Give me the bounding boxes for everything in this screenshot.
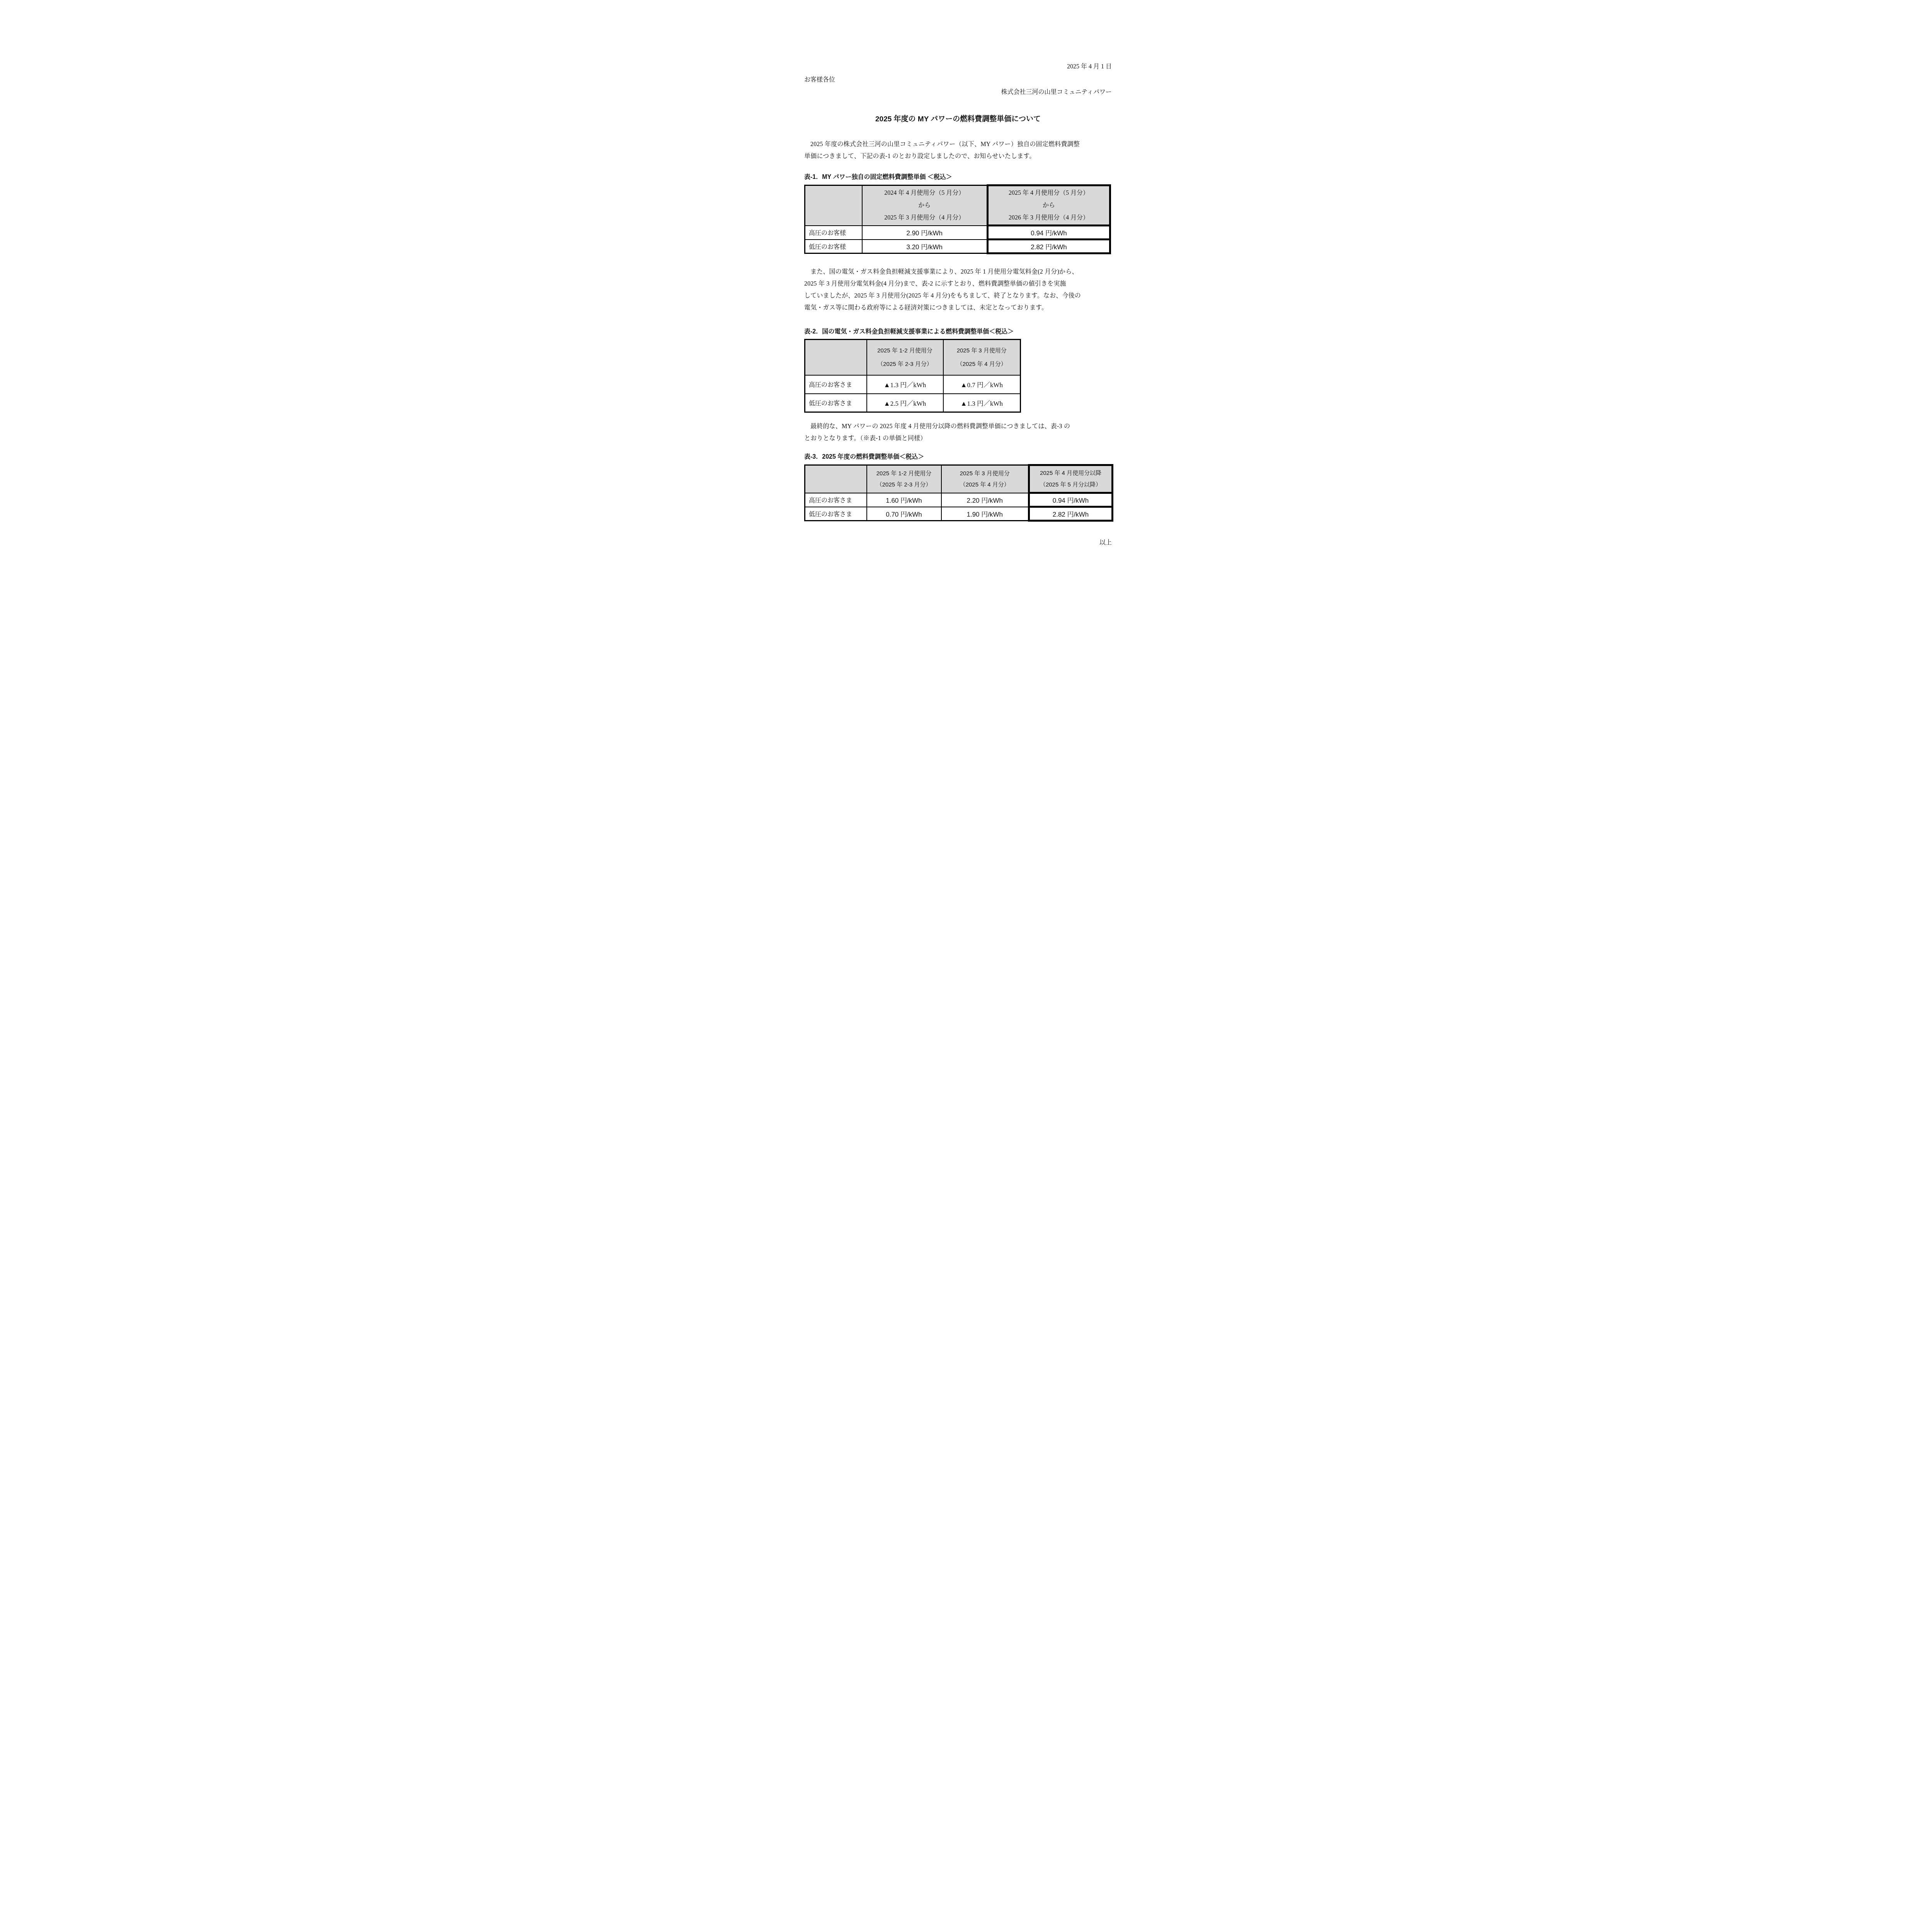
table-3-row-label-high-voltage: 高圧のお客さま <box>805 493 867 507</box>
table-2-value-high-janfeb: ▲1.3 円／kWh <box>867 375 943 394</box>
table-3-value-low-mar: 1.90 円/kWh <box>941 507 1029 521</box>
table-3-caption: 表-3．2025 年度の燃料費調整単価＜税込＞ <box>804 452 1112 462</box>
table-3-value-low-apr: 2.82 円/kWh <box>1029 507 1113 521</box>
document-page: 2025 年 4 月 1 日 お客様各位 株式会社三河の山里コミュニティパワー … <box>745 0 1171 602</box>
intro-paragraph: 2025 年度の株式会社三河の山里コミュニティパワー（以下、MY パワー）独自の… <box>804 138 1112 162</box>
table-2-value-high-mar: ▲0.7 円／kWh <box>943 375 1021 394</box>
table-3-header-empty <box>805 465 867 493</box>
table-3: 2025 年 1-2 月使用分 （2025 年 2-3 月分） 2025 年 3… <box>804 464 1113 522</box>
table-1-value-low-new: 2.82 円/kWh <box>988 240 1110 253</box>
table-3-row-label-low-voltage: 低圧のお客さま <box>805 507 867 521</box>
table-1-value-high-new: 0.94 円/kWh <box>988 226 1110 240</box>
document-title: 2025 年度の MY パワーの燃料費調整単価について <box>804 114 1112 124</box>
table-1: 2024 年 4 月使用分（5 月分） から 2025 年 3 月使用分（4 月… <box>804 184 1111 254</box>
table-3-value-high-janfeb: 1.60 円/kWh <box>867 493 941 507</box>
table-2-row-label-low-voltage: 低圧のお客さま <box>805 394 867 412</box>
company-name: 株式会社三河の山里コミュニティパワー <box>804 87 1112 97</box>
table-row: 低圧のお客さま 0.70 円/kWh 1.90 円/kWh 2.82 円/kWh <box>805 507 1113 521</box>
table-1-header-empty <box>805 185 862 226</box>
table-2-header-empty <box>805 340 867 375</box>
table-1-header-row: 2024 年 4 月使用分（5 月分） から 2025 年 3 月使用分（4 月… <box>805 185 1110 226</box>
table-3-header-mar: 2025 年 3 月使用分 （2025 年 4 月分） <box>941 465 1029 493</box>
table-1-row-label-high-voltage: 高圧のお客様 <box>805 226 862 240</box>
table-2-caption: 表-2．国の電気・ガス料金負担軽減支援事業による燃料費調整単価＜税込＞ <box>804 327 1112 337</box>
closing-ijou: 以上 <box>804 538 1112 548</box>
date-line: 2025 年 4 月 1 日 <box>804 62 1112 72</box>
table-2-value-low-janfeb: ▲2.5 円／kWh <box>867 394 943 412</box>
table-1-row-label-low-voltage: 低圧のお客様 <box>805 240 862 253</box>
table-row: 低圧のお客さま ▲2.5 円／kWh ▲1.3 円／kWh <box>805 394 1021 412</box>
table-1-header-period-current: 2024 年 4 月使用分（5 月分） から 2025 年 3 月使用分（4 月… <box>862 185 988 226</box>
table-2-value-low-mar: ▲1.3 円／kWh <box>943 394 1021 412</box>
table-3-header-apr-onward: 2025 年 4 月使用分以降 （2025 年 5 月分以降） <box>1029 465 1113 493</box>
subsidy-paragraph: また、国の電気・ガス料金負担軽減支援事業により、2025 年 1 月使用分電気料… <box>804 266 1112 314</box>
table-3-value-high-apr: 0.94 円/kWh <box>1029 493 1113 507</box>
table-1-value-high-current: 2.90 円/kWh <box>862 226 988 240</box>
table-row: 高圧のお客様 2.90 円/kWh 0.94 円/kWh <box>805 226 1110 240</box>
table-3-value-high-mar: 2.20 円/kWh <box>941 493 1029 507</box>
table-1-caption: 表-1．MY パワー独自の固定燃料費調整単価 ＜税込＞ <box>804 172 1112 182</box>
table-3-header-jan-feb: 2025 年 1-2 月使用分 （2025 年 2-3 月分） <box>867 465 941 493</box>
table-row: 高圧のお客さま ▲1.3 円／kWh ▲0.7 円／kWh <box>805 375 1021 394</box>
table-row: 高圧のお客さま 1.60 円/kWh 2.20 円/kWh 0.94 円/kWh <box>805 493 1113 507</box>
table-3-header-row: 2025 年 1-2 月使用分 （2025 年 2-3 月分） 2025 年 3… <box>805 465 1113 493</box>
table-1-value-low-current: 3.20 円/kWh <box>862 240 988 253</box>
table-2-header-mar: 2025 年 3 月使用分 （2025 年 4 月分） <box>943 340 1021 375</box>
table-1-header-period-new: 2025 年 4 月使用分（5 月分） から 2026 年 3 月使用分（4 月… <box>988 185 1110 226</box>
final-paragraph: 最終的な、MY パワーの 2025 年度 4 月使用分以降の燃料費調整単価につき… <box>804 420 1112 444</box>
table-3-value-low-janfeb: 0.70 円/kWh <box>867 507 941 521</box>
table-2-row-label-high-voltage: 高圧のお客さま <box>805 375 867 394</box>
table-2-header-jan-feb: 2025 年 1-2 月使用分 （2025 年 2-3 月分） <box>867 340 943 375</box>
table-row: 低圧のお客様 3.20 円/kWh 2.82 円/kWh <box>805 240 1110 253</box>
table-2-header-row: 2025 年 1-2 月使用分 （2025 年 2-3 月分） 2025 年 3… <box>805 340 1021 375</box>
addressee: お客様各位 <box>804 75 1112 85</box>
table-2: 2025 年 1-2 月使用分 （2025 年 2-3 月分） 2025 年 3… <box>804 339 1021 413</box>
